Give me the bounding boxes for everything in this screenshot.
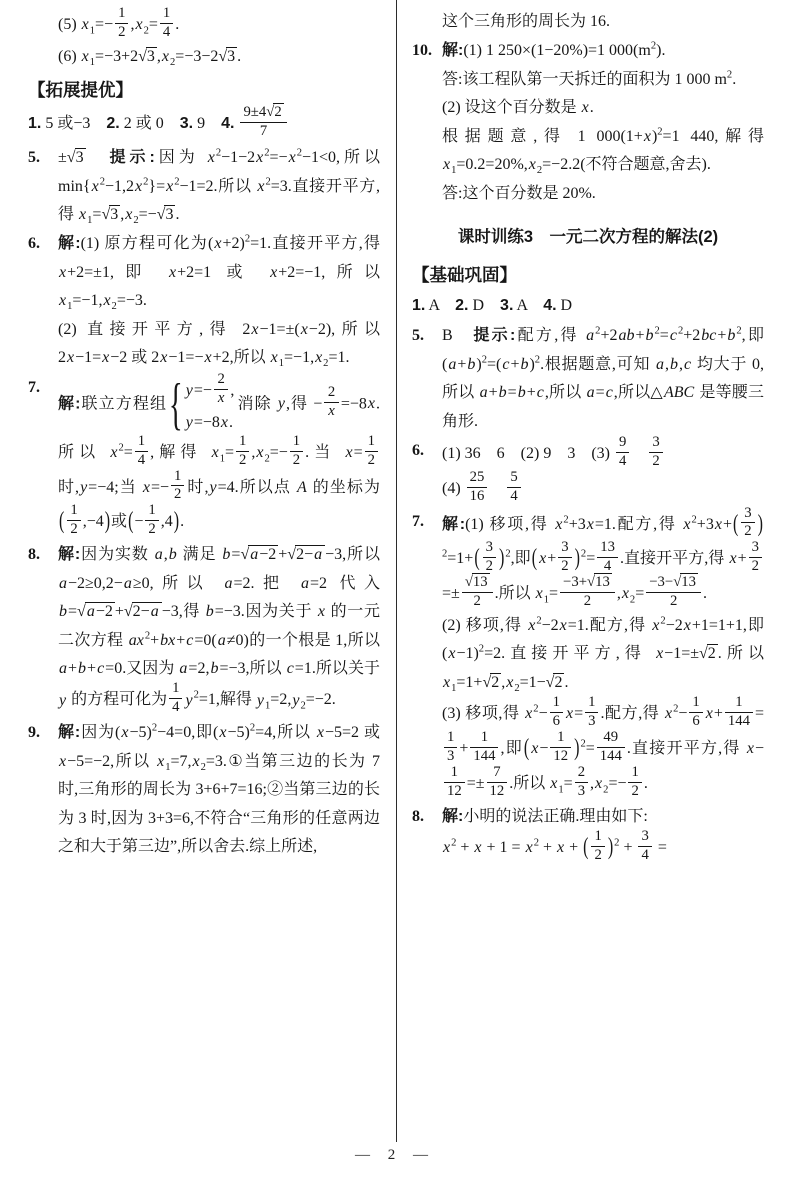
item-content: 解:小明的说法正确.理由如下:x2 + x + 1 = x2 + x + (12… <box>442 803 764 866</box>
paragraph: (1) 36 6 (2) 9 3 (3) 94 32 <box>442 437 764 472</box>
answer-item-5: 5.B 提示:配方,得 a2+2ab+b2=c2+2bc+b2,即(a+b)2=… <box>412 322 764 436</box>
answer-item-6: 6.解:(1) 原方程可化为(x+2)2=1.直接开平方,得 x+2=±1,即 … <box>28 230 380 372</box>
radical-sign: √ <box>465 574 472 590</box>
sqrt-radical: √a−2 <box>77 602 115 620</box>
answer-item-8: 8.解:小明的说法正确.理由如下:x2 + x + 1 = x2 + x + (… <box>412 803 764 866</box>
radical-sign: √ <box>699 645 707 662</box>
paragraph: 解:(1) 1 250×(1−20%)=1 000(m2). <box>442 37 764 65</box>
paragraph: (6) x1=−3+2√3,x2=−3−2√3. <box>58 43 380 71</box>
fraction: 112 <box>550 730 571 765</box>
fraction: 12 <box>591 829 604 864</box>
section-heading: 【拓展提优】 <box>28 76 380 104</box>
sqrt-radical: √13 <box>587 573 612 590</box>
item-content: 解:联立方程组{y=−2x,y=−8x.消除 y,得 −2x=−8x.所以 x2… <box>58 374 380 540</box>
answer-item-9: 9.解:因为(x−5)2−4=0,即(x−5)2=4,所以 x−5=2 或 x−… <box>28 719 380 861</box>
item-number: 5. <box>412 322 442 350</box>
fraction: 9±4√27 <box>240 105 286 140</box>
fraction: 12 <box>67 503 80 538</box>
item-content: B 提示:配方,得 a2+2ab+b2=c2+2bc+b2,即(a+b)2=(c… <box>442 322 764 436</box>
fraction: −3−√132 <box>646 575 701 610</box>
fraction: 712 <box>487 765 508 800</box>
paragraph: x2 + x + 1 = x2 + x + (12)2 + 34 = <box>442 831 764 866</box>
fraction: 2x <box>324 385 339 420</box>
sqrt-radical: √2 <box>699 644 718 662</box>
fraction: 12 <box>365 434 378 469</box>
paragraph: B 提示:配方,得 a2+2ab+b2=c2+2bc+b2,即(a+b)2=(c… <box>442 322 764 436</box>
sqrt-radical: √3 <box>101 205 120 223</box>
paragraph: 解:联立方程组{y=−2x,y=−8x.消除 y,得 −2x=−8x.所以 x2… <box>58 374 380 540</box>
fraction: 14 <box>169 681 182 716</box>
paragraph: 解:小明的说法正确.理由如下: <box>442 803 764 831</box>
paragraph: (4) 2516 54 <box>442 472 764 507</box>
sqrt-radical: √a−2 <box>240 545 278 563</box>
item-content: 解:因为实数 a,b 满足 b=√a−2+√2−a−3,所以 a−2≥0,2−a… <box>58 541 380 718</box>
radical-sign: √ <box>124 603 132 620</box>
paragraph: (2) 直接开平方,得 2x−1=±(x−2),所以 2x−1=x−2 或 2x… <box>58 316 380 373</box>
answer-item-5: 5.±√3 提示:因为 x2−1−2x2=−x2−1<0,所以 min{x2−1… <box>28 144 380 229</box>
fraction: 12 <box>628 765 641 800</box>
fraction: 12 <box>171 469 184 504</box>
fraction: 32 <box>741 506 754 541</box>
item-content: ±√3 提示:因为 x2−1−2x2=−x2−1<0,所以 min{x2−1,2… <box>58 144 380 229</box>
item-number: 10. <box>412 37 442 65</box>
fraction: 1144 <box>470 730 498 765</box>
fraction: 112 <box>444 765 465 800</box>
fraction: 12 <box>290 434 303 469</box>
item-number: 5. <box>28 144 58 172</box>
answer-item-10: 10.解:(1) 1 250×(1−20%)=1 000(m2).答:该工程队第… <box>412 37 764 208</box>
page-columns: (5) x1=−12,x2=14.(6) x1=−3+2√3,x2=−3−2√3… <box>0 0 790 867</box>
fraction: 1144 <box>725 695 753 730</box>
sqrt-radical: √2 <box>482 673 501 691</box>
answer-item-6: 6.(1) 36 6 (2) 9 3 (3) 94 32(4) 2516 54 <box>412 437 764 507</box>
workbook-answer-page: (5) x1=−12,x2=14.(6) x1=−3+2√3,x2=−3−2√3… <box>0 0 790 1181</box>
sqrt-radical: √13 <box>465 573 490 590</box>
fraction: 2516 <box>467 470 488 505</box>
sqrt-radical: √13 <box>673 573 698 590</box>
paragraph: ±√3 提示:因为 x2−1−2x2=−x2−1<0,所以 min{x2−1,2… <box>58 144 380 229</box>
fraction: √132 <box>462 575 493 610</box>
fraction: 12 <box>236 434 249 469</box>
item-number: 7. <box>28 374 58 402</box>
fraction: 14 <box>135 434 148 469</box>
paragraph: (3) 移项,得 x2−16x=13.配方,得 x2−16x+1144=13+1… <box>442 697 764 801</box>
paragraph: (5) x1=−12,x2=14. <box>58 8 380 43</box>
item-number: 6. <box>28 230 58 258</box>
left-column: (5) x1=−12,x2=14.(6) x1=−3+2√3,x2=−3−2√3… <box>28 8 380 867</box>
item-content: 解:因为(x−5)2−4=0,即(x−5)2=4,所以 x−5=2 或 x−5=… <box>58 719 380 861</box>
fraction: 49144 <box>597 730 625 765</box>
item-content: 解:(1) 1 250×(1−20%)=1 000(m2).答:该工程队第一天拆… <box>442 37 764 208</box>
equation-system: {y=−2x,y=−8x. <box>169 374 234 436</box>
sqrt-radical: √2−a <box>124 602 162 620</box>
paragraph: (2) 设这个百分数是 x. <box>442 94 764 122</box>
section-heading: 【基础巩固】 <box>412 261 764 289</box>
fraction: 54 <box>507 470 520 505</box>
continued-paragraph: (5) x1=−12,x2=14.(6) x1=−3+2√3,x2=−3−2√3… <box>58 8 380 71</box>
fraction: 32 <box>749 540 762 575</box>
page-number: — 2 — <box>0 1142 790 1169</box>
item-content: (1) 36 6 (2) 9 3 (3) 94 32(4) 2516 54 <box>442 437 764 507</box>
fraction: 16 <box>689 695 702 730</box>
radical-sign: √ <box>77 603 85 620</box>
paragraph: 解:(1) 原方程可化为(x+2)2=1.直接开平方,得 x+2=±1,即 x+… <box>58 230 380 315</box>
paragraph: 答:这个百分数是 20%. <box>442 180 764 208</box>
paragraph: 解:(1) 移项,得 x2+3x=1.配方,得 x2+3x+(32)2=1+(3… <box>442 508 764 612</box>
fraction: 13 <box>444 730 457 765</box>
answer-row: 1. 5 或−3 2. 2 或 0 3. 9 4. 9±4√27 <box>28 107 380 142</box>
item-number: 6. <box>412 437 442 465</box>
radical-sign: √ <box>287 546 295 563</box>
fraction: 13 <box>585 695 598 730</box>
item-number: 9. <box>28 719 58 747</box>
fraction: 32 <box>558 540 571 575</box>
sqrt-radical: √2 <box>266 103 283 120</box>
fraction: 14 <box>160 6 173 41</box>
continued-paragraph: 这个三角形的周长为 16. <box>442 8 764 36</box>
fraction: 12 <box>115 6 128 41</box>
fraction: 2x <box>214 372 229 407</box>
sqrt-radical: √2 <box>546 673 565 691</box>
column-divider-rule <box>396 0 397 1142</box>
item-number: 8. <box>412 803 442 831</box>
item-number: 7. <box>412 508 442 536</box>
answer-item-7: 7.解:(1) 移项,得 x2+3x=1.配方,得 x2+3x+(32)2=1+… <box>412 508 764 802</box>
radical-sign: √ <box>218 48 226 65</box>
sqrt-radical: √3 <box>67 148 86 166</box>
fraction: −3+√132 <box>560 575 615 610</box>
item-number: 8. <box>28 541 58 569</box>
paragraph: 解:因为实数 a,b 满足 b=√a−2+√2−a−3,所以 a−2≥0,2−a… <box>58 541 380 718</box>
fraction: 32 <box>649 435 662 470</box>
fraction: 32 <box>483 540 496 575</box>
paragraph: 解:因为(x−5)2−4=0,即(x−5)2=4,所以 x−5=2 或 x−5=… <box>58 719 380 861</box>
fraction: 134 <box>597 540 618 575</box>
fraction: 34 <box>638 829 651 864</box>
answer-item-8: 8.解:因为实数 a,b 满足 b=√a−2+√2−a−3,所以 a−2≥0,2… <box>28 541 380 718</box>
radical-sign: √ <box>67 149 75 166</box>
lesson-title: 课时训练3 一元二次方程的解法(2) <box>412 224 764 250</box>
fraction: 12 <box>145 503 158 538</box>
sqrt-radical: √3 <box>157 205 176 223</box>
fraction: 23 <box>575 765 588 800</box>
item-content: 解:(1) 移项,得 x2+3x=1.配方,得 x2+3x+(32)2=1+(3… <box>442 508 764 802</box>
paragraph: (2) 移项,得 x2−2x=1.配方,得 x2−2x+1=1+1,即(x−1)… <box>442 612 764 697</box>
fraction: 94 <box>616 435 629 470</box>
system-brace: { <box>169 382 183 428</box>
fraction: 16 <box>550 695 563 730</box>
radical-sign: √ <box>138 48 146 65</box>
sqrt-radical: √2−a <box>287 545 325 563</box>
paragraph: 这个三角形的周长为 16. <box>442 8 764 36</box>
sqrt-radical: √3 <box>138 47 157 65</box>
right-column: 这个三角形的周长为 16.10.解:(1) 1 250×(1−20%)=1 00… <box>412 8 764 867</box>
paragraph: 根据题意,得 1 000(1+x)2=1 440,解得 x1=0.2=20%,x… <box>442 123 764 180</box>
paragraph: 答:该工程队第一天拆迁的面积为 1 000 m2. <box>442 66 764 94</box>
sqrt-radical: √3 <box>218 47 237 65</box>
item-content: 解:(1) 原方程可化为(x+2)2=1.直接开平方,得 x+2=±1,即 x+… <box>58 230 380 372</box>
answer-item-7: 7.解:联立方程组{y=−2x,y=−8x.消除 y,得 −2x=−8x.所以 … <box>28 374 380 540</box>
answer-row: 1. A 2. D 3. A 4. D <box>412 292 764 320</box>
